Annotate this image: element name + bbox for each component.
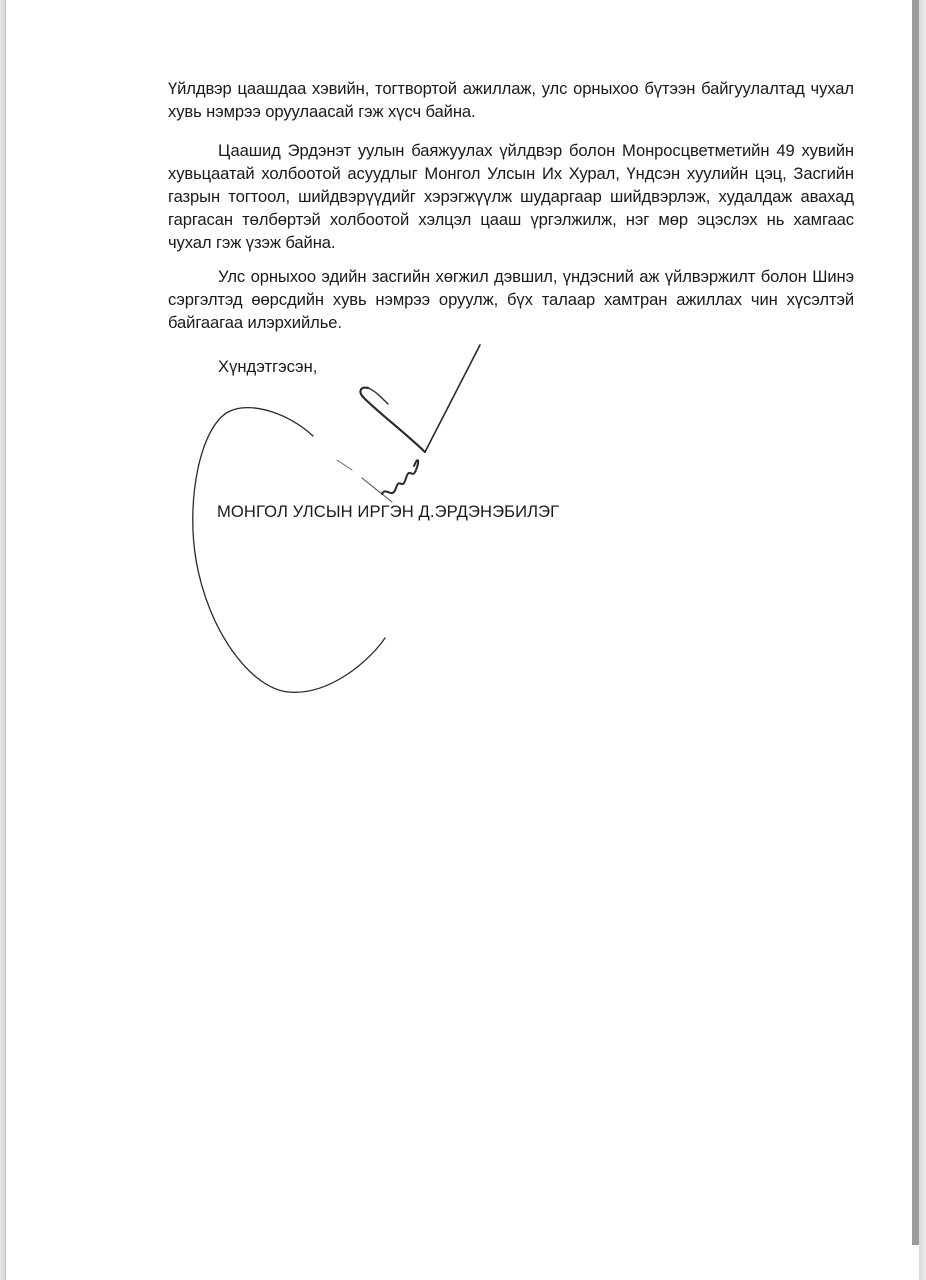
scrollbar-track[interactable] <box>912 0 919 1245</box>
paragraph-3: Улс орныхоо эдийн засгийн хөгжил дэвшил,… <box>168 265 854 334</box>
page-right-edge <box>919 0 926 1280</box>
closing-salutation: Хүндэтгэсэн, <box>218 357 317 377</box>
paragraph-1: Үйлдвэр цаашдаа хэвийн, тогтвортой ажилл… <box>168 77 854 123</box>
paragraph-2: Цаашид Эрдэнэт уулын баяжуулах үйлдвэр б… <box>168 139 854 254</box>
signer-name: МОНГОЛ УЛСЫН ИРГЭН Д.ЭРДЭНЭБИЛЭГ <box>217 502 559 522</box>
document-page: Үйлдвэр цаашдаа хэвийн, тогтвортой ажилл… <box>0 0 912 1280</box>
